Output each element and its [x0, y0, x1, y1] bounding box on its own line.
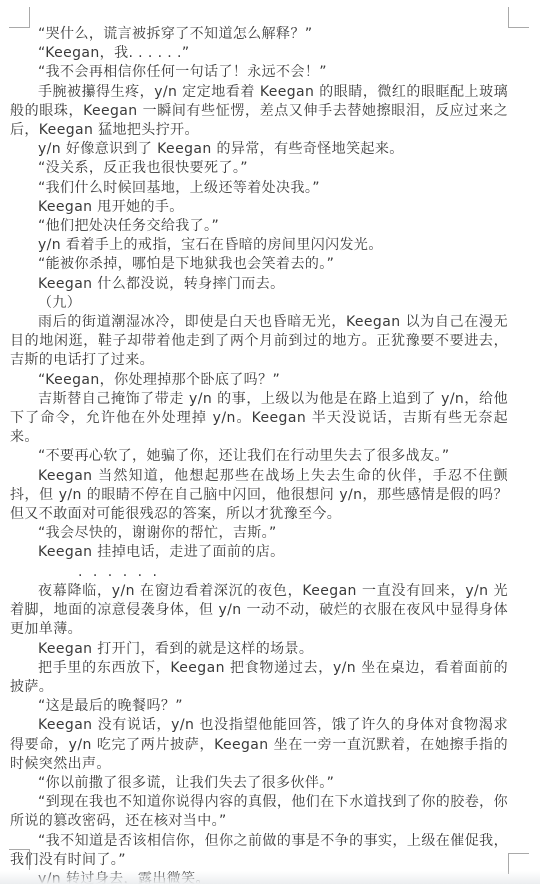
page-bottom-edge	[0, 871, 540, 884]
paragraph: 雨后的街道潮湿冰冷，即使是白天也昏暗无光，Keegan 以为自己在漫无目的地闲逛…	[10, 313, 508, 371]
paragraph: “我不知道是否该相信你，但你之前做的事是不争的事实，上级在催促我，我们没有时间了…	[10, 832, 508, 870]
paragraph: “Keegan，你处理掉那个卧底了吗？”	[10, 371, 508, 390]
paragraph: Keegan 打开门，看到的就是这样的场景。	[10, 640, 508, 659]
paragraph: “我们什么时候回基地，上级还等着处决我。”	[10, 179, 508, 198]
paragraph: 吉斯替自己掩饰了带走 y/n 的事，上级以为他是在路上追到了 y/n，给他下了命…	[10, 390, 508, 448]
paragraph: “我会尽快的，谢谢你的帮忙，吉斯。”	[10, 524, 508, 543]
paragraph: . . . . . .	[10, 563, 508, 582]
paragraph: （九）	[10, 294, 508, 313]
paragraph: “不要再心软了，她骗了你，还让我们在行动里失去了很多战友。”	[10, 447, 508, 466]
paragraph: “哭什么，谎言被拆穿了不知道怎么解释？”	[10, 25, 508, 44]
paragraph: y/n 看着手上的戒指，宝石在昏暗的房间里闪闪发光。	[10, 236, 508, 255]
paragraph: Keegan 没有说话，y/n 也没指望他能回答，饿了许久的身体对食物渴求得要命…	[10, 716, 508, 774]
paragraph: y/n 好像意识到了 Keegan 的异常，有些奇怪地笑起来。	[10, 140, 508, 159]
paragraph: 夜幕降临，y/n 在窗边看着深沉的夜色，Keegan 一直没有回来，y/n 光着…	[10, 582, 508, 640]
document-page: “哭什么，谎言被拆穿了不知道怎么解释？”“Keegan，我. . . . . .…	[0, 0, 540, 884]
paragraph: Keegan 挂掉电话，走进了面前的店。	[10, 543, 508, 562]
paragraph: “没关系，反正我也很快要死了。”	[10, 159, 508, 178]
paragraph: Keegan 当然知道，他想起那些在战场上失去生命的伙伴，手忍不住颤抖，但 y/…	[10, 467, 508, 525]
paragraph: Keegan 甩开她的手。	[10, 198, 508, 217]
paragraph: “Keegan，我. . . . . .”	[10, 44, 508, 63]
paragraph: “我不会再相信你任何一句话了！永远不会！”	[10, 63, 508, 82]
paragraph: “到现在我也不知道你说得内容的真假，他们在下水道找到了你的胶卷，你所说的篡改密码…	[10, 793, 508, 831]
crop-mark-top-right	[508, 7, 529, 28]
paragraph: Keegan 什么都没说，转身摔门而去。	[10, 275, 508, 294]
paragraph: “他们把处决任务交给我了。”	[10, 217, 508, 236]
paragraph: “这是最后的晚餐吗？”	[10, 697, 508, 716]
paragraph: 把手里的东西放下，Keegan 把食物递过去，y/n 坐在桌边，看着面前的披萨。	[10, 659, 508, 697]
document-text-body: “哭什么，谎言被拆穿了不知道怎么解释？”“Keegan，我. . . . . .…	[10, 25, 508, 884]
paragraph: “能被你杀掉，哪怕是下地狱我也会笑着去的。”	[10, 255, 508, 274]
paragraph: 手腕被攥得生疼，y/n 定定地看着 Keegan 的眼睛，微红的眼眶配上玻璃般的…	[10, 83, 508, 141]
paragraph: “你以前撒了很多谎，让我们失去了很多伙伴。”	[10, 774, 508, 793]
